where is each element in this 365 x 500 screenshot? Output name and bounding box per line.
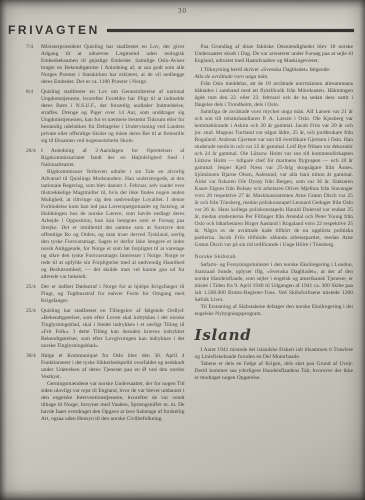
dated-entry: 20/4 I Anledning af 2-Aarsdagen for Opre… <box>26 148 185 281</box>
quote-heading: Alla de avrättade voro unga män. <box>195 74 354 81</box>
entry-date: 25/4 <box>26 308 41 350</box>
entry-paragraph: Der er indført Dødsstraf i Norge for at … <box>41 284 185 305</box>
dated-entry: 30/4 Ifølge et Kommuniqué fra Oslo blev … <box>26 353 185 423</box>
entry-paragraph: Ministerpræsident Quisling har stadfæste… <box>41 44 185 86</box>
dated-entry: 25/4 Quisling har stadfæstet en Tillægsl… <box>26 308 185 350</box>
right-column: Paa Grundlag af disse faktiske Omstændig… <box>195 44 354 492</box>
entry-body: Quisling stadfæster en Lov om Gennemføre… <box>41 89 185 145</box>
entry-paragraph: Quisling har stadfæstet en Tillægslov af… <box>41 308 185 350</box>
dated-entry: 8/4 Quisling stadfæster en Lov om Gennem… <box>26 89 185 145</box>
entry-date: 7/4 <box>26 44 41 86</box>
entry-paragraph: I Anledning af 2-Aarsdagen for Oprettels… <box>41 148 185 169</box>
entry-date: 8/4 <box>26 89 41 145</box>
entry-paragraph: Quisling stadfæster en Lov om Gennemføre… <box>41 89 185 145</box>
page-number: 30 <box>0 7 365 15</box>
entry-date: 25/4 <box>26 284 41 305</box>
page-header: FRIVAGTEN <box>8 23 354 37</box>
paragraph: Til Erstatning af Skibstabene deltager d… <box>195 304 354 318</box>
entry-body: Quisling har stadfæstet en Tillægslov af… <box>41 308 185 350</box>
entry-paragraph: Gerningsmændene var norske Undersaatter,… <box>41 381 185 423</box>
entry-body: Ifølge et Kommuniqué fra Oslo blev den 3… <box>41 353 185 423</box>
entry-date: 30/4 <box>26 353 41 423</box>
text-columns: 7/4 Ministerpræsident Quisling har stadf… <box>26 44 353 492</box>
left-column: 7/4 Ministerpræsident Quisling har stadf… <box>26 44 185 492</box>
quote-paragraph: Från Oslo meddelas, att de 18 avrättade … <box>195 81 354 109</box>
section-heading-island: Island <box>195 327 354 343</box>
paragraph: I Aaret 1941 mistede det islandske Fiske… <box>195 347 354 361</box>
scanned-page: 30 FRIVAGTEN 7/4 Ministerpræsident Quisl… <box>0 0 365 500</box>
paragraph: Tabene er dels en Følge af Krigen, dels … <box>195 361 354 382</box>
header-rule-divider <box>107 29 354 32</box>
section-heading-skibstab: Norske Skibstab <box>195 254 354 261</box>
entry-body: Der er indført Dødsstraf i Norge for at … <box>41 284 185 305</box>
dated-entry: 7/4 Ministerpræsident Quisling har stadf… <box>26 44 185 86</box>
quote-paragraph: Samtliga de avrättade voro mycket unga m… <box>195 109 354 249</box>
paragraph: Paa Grundlag af disse faktiske Omstændig… <box>195 44 354 65</box>
entry-body: Ministerpræsident Quisling har stadfæste… <box>41 44 185 86</box>
page-title: FRIVAGTEN <box>8 23 100 37</box>
paragraph: I Tilknytning hertil skriver «Svenska Da… <box>195 67 354 74</box>
dated-entry: 25/4 Der er indført Dødsstraf i Norge fo… <box>26 284 185 305</box>
entry-paragraph: Ifølge et Kommuniqué fra Oslo blev den 3… <box>41 353 185 381</box>
entry-paragraph: Rigskommissær Terboven udtalte i sin Tal… <box>41 169 185 281</box>
paragraph: Søfarts- og Forsyningsminister i den nor… <box>195 262 354 304</box>
entry-date: 20/4 <box>26 148 41 281</box>
entry-body: I Anledning af 2-Aarsdagen for Oprettels… <box>41 148 185 281</box>
